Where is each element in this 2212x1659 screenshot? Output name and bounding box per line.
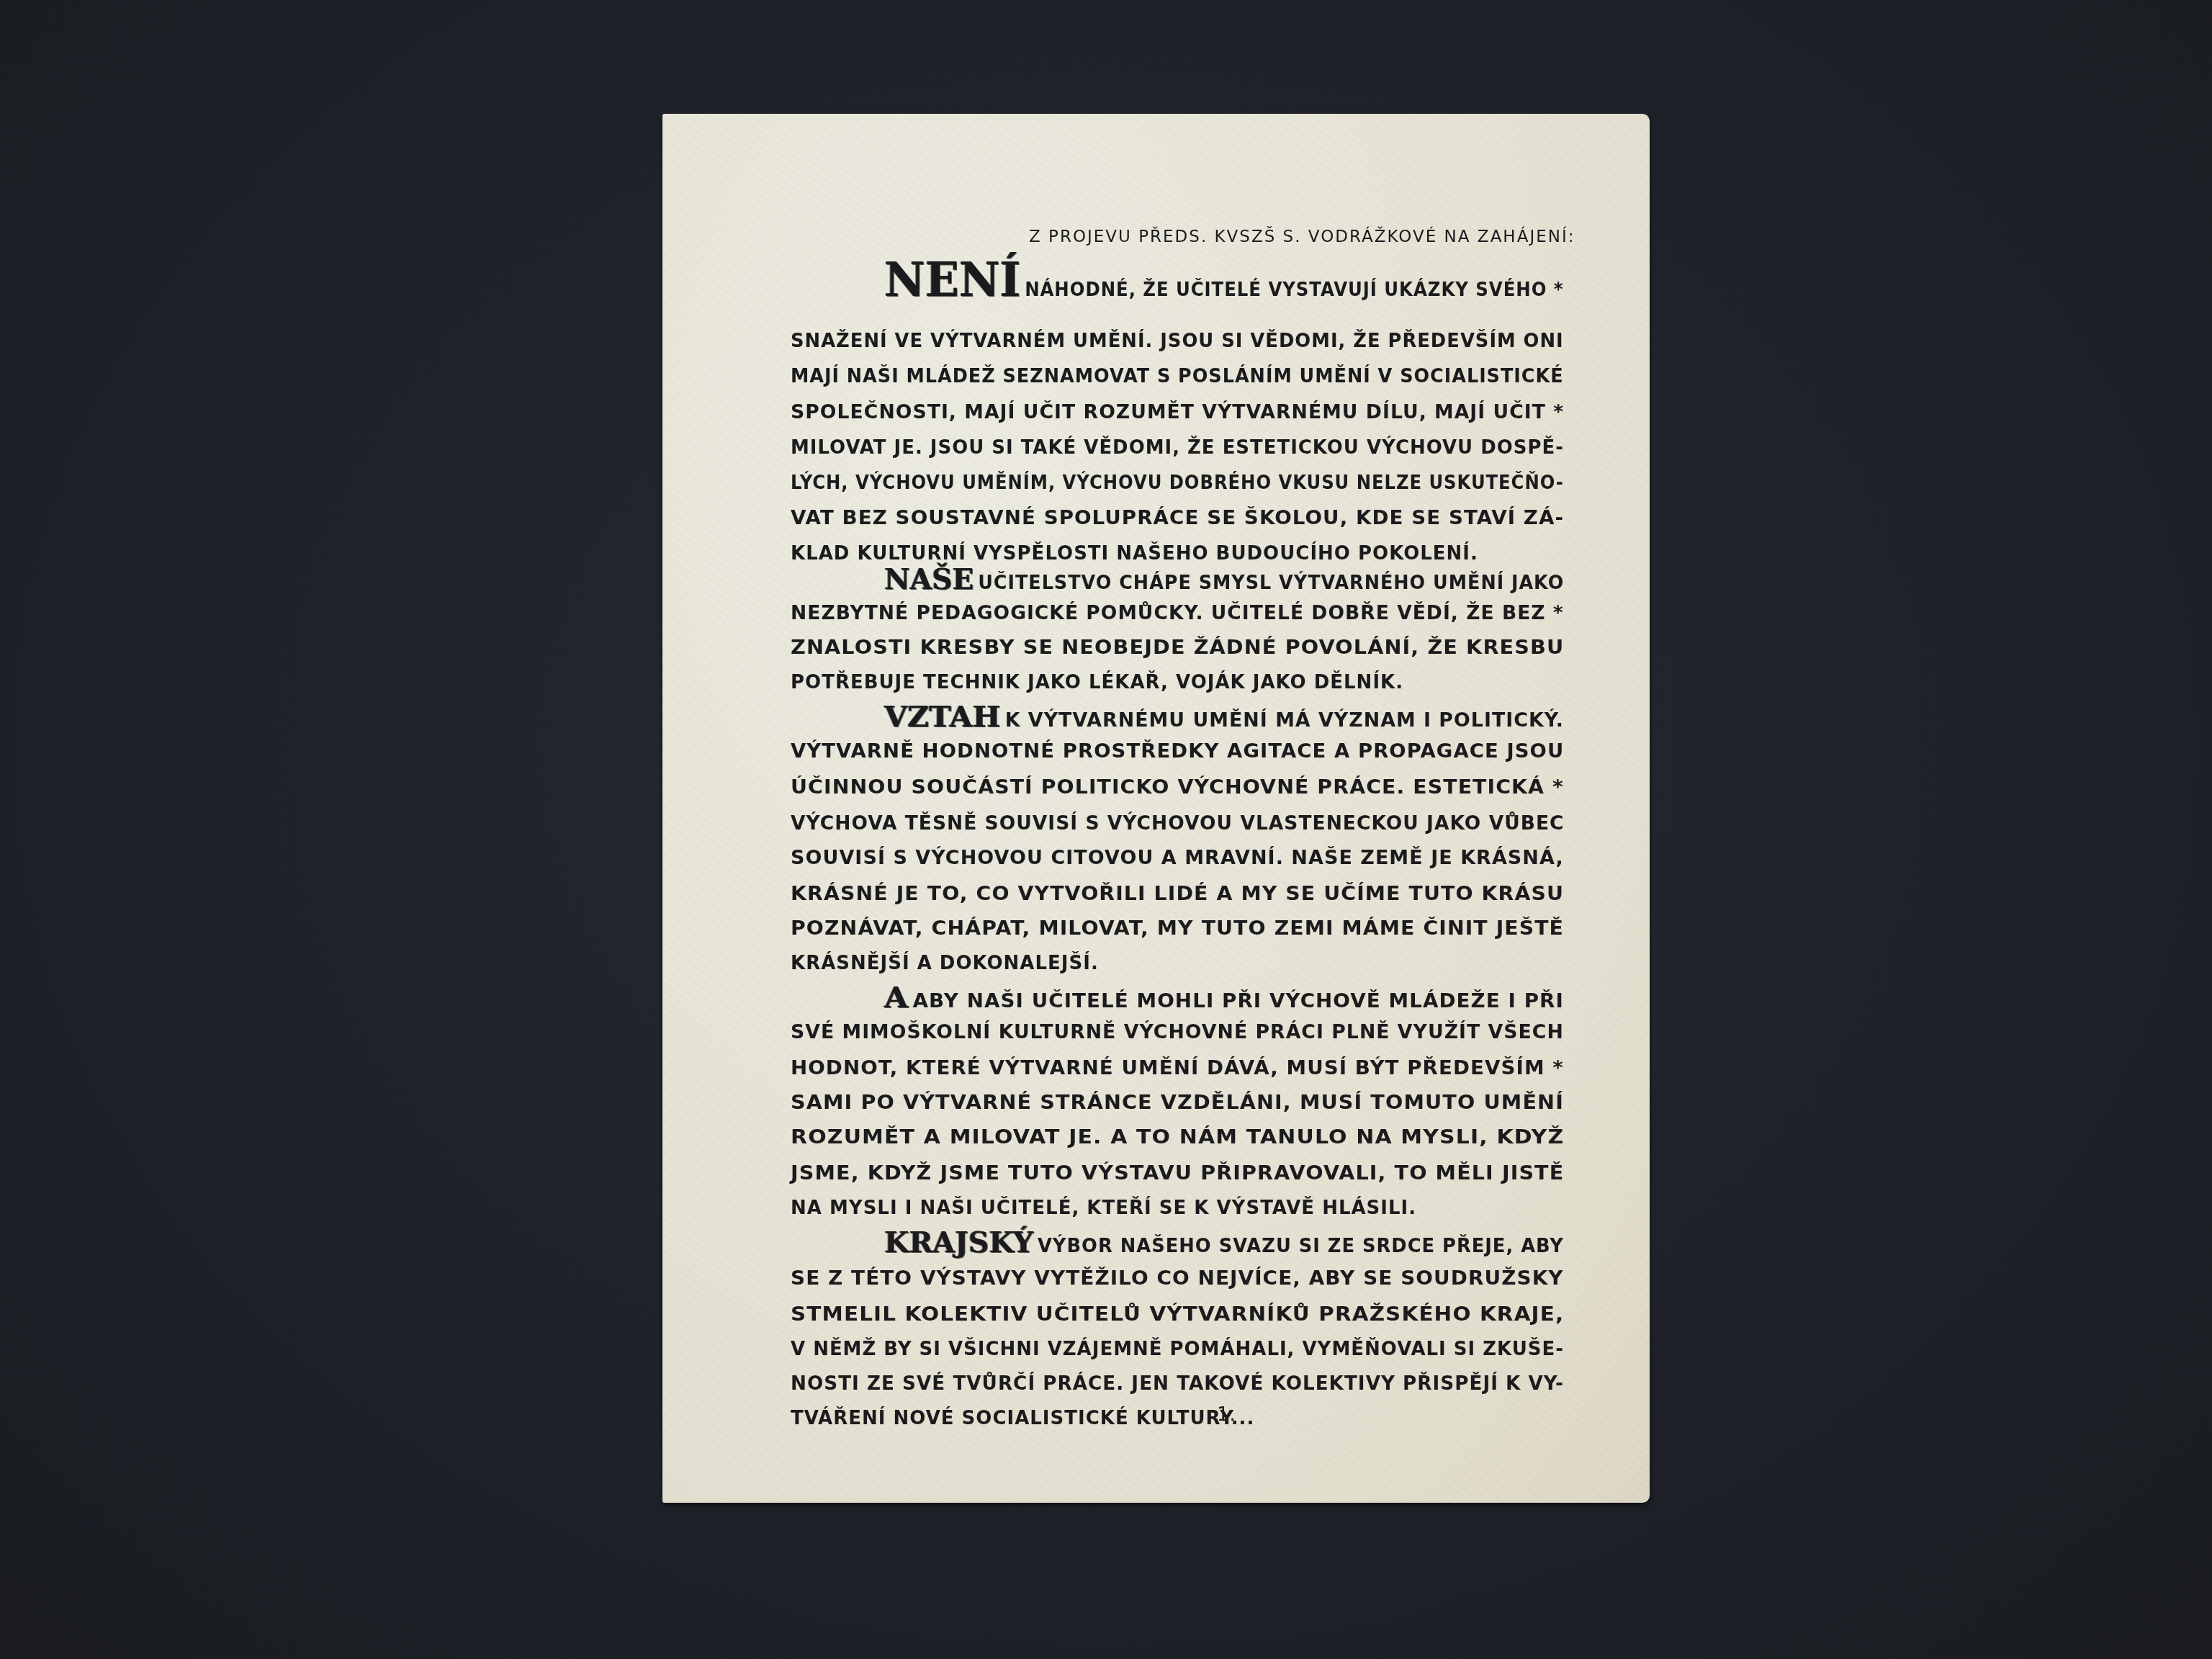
line-text: společnosti, mají učit rozumět výtvarném… [791, 402, 1564, 423]
decorative-initial: Není [884, 251, 1021, 307]
decorative-initial: Vztah [884, 700, 1000, 734]
line-text: výbor našeho svazu si ze srdce přeje, ab… [1038, 1236, 1564, 1257]
text-line: lých, výchovu uměním, výchovu dobrého vk… [791, 470, 1564, 496]
paper-sheet [662, 114, 1650, 1503]
line-text: poznávat, chápat, milovat, my tuto zemi … [791, 918, 1564, 940]
paragraph-first-line: Vztahk výtvarnému umění má význam i poli… [884, 704, 1564, 730]
line-text: tváření nové socialistické kultury... [791, 1408, 1254, 1429]
decorative-initial: A [884, 981, 908, 1015]
line-text: krásné je to, co vytvořili lidé a my se … [791, 884, 1564, 905]
line-text: na mysli i naši učitelé, kteří se k výst… [791, 1197, 1416, 1219]
text-line: nezbytné pedagogické pomůcky. Učitelé do… [791, 601, 1564, 626]
text-line: poznávat, chápat, milovat, my tuto zemi … [791, 916, 1564, 942]
line-text: vat bez soustavné spolupráce se školou, … [791, 508, 1564, 529]
text-line: Výtvarně hodnotné prostředky agitace a p… [791, 739, 1564, 765]
line-text: náhodné, že učitelé vystavují ukázky své… [1025, 279, 1563, 301]
line-text: potřebuje technik jako lékař, voják jako… [791, 672, 1403, 693]
line-text: lých, výchovu uměním, výchovu dobrého vk… [791, 472, 1564, 494]
text-line: jsme, když jsme tuto výstavu připravoval… [791, 1161, 1564, 1187]
line-text: souvisí s výchovou citovou a mravní. Naš… [791, 848, 1564, 869]
line-text: sami po výtvarné stránce vzděláni, musí … [791, 1092, 1564, 1114]
line-text: v němž by si všichni vzájemně pomáhali, … [791, 1339, 1564, 1360]
text-line: své mimoškolní kulturně výchovné práci p… [791, 1020, 1564, 1046]
text-line: snažení ve výtvarném umění. Jsou si vědo… [791, 328, 1564, 354]
text-line: na mysli i naši učitelé, kteří se k výst… [791, 1195, 1416, 1221]
decorative-initial: Naše [884, 562, 974, 596]
line-text: rozumět a milovat je. A to nám tanulo na… [791, 1127, 1564, 1148]
text-line: výchova těsně souvisí s výchovou vlasten… [791, 811, 1565, 837]
text-line: se z této výstavy vytěžilo co nejvíce, a… [791, 1266, 1564, 1292]
line-text: milovat je. Jsou si také vědomi, že este… [791, 437, 1564, 459]
line-text: své mimoškolní kulturně výchovné práci p… [791, 1022, 1564, 1043]
text-line: společnosti, mají učit rozumět výtvarném… [791, 400, 1564, 426]
line-text: snažení ve výtvarném umění. Jsou si vědo… [791, 331, 1564, 352]
line-text: k výtvarnému umění má význam i politický… [1005, 710, 1564, 732]
line-text: stmelil kolektiv učitelů výtvarníků praž… [791, 1304, 1564, 1326]
line-text: učitelstvo chápe smysl výtvarného umění … [978, 572, 1564, 594]
line-text: klad kulturní vyspělosti našeho budoucíh… [791, 543, 1478, 565]
line-text: nezbytné pedagogické pomůcky. Učitelé do… [791, 603, 1564, 624]
line-text: nosti ze své tvůrčí práce. Jen takové ko… [791, 1373, 1564, 1395]
text-line: mají naši mládež seznamovat s posláním u… [791, 364, 1564, 390]
paragraph-first-line: Aaby naši učitelé mohli při výchově mlád… [884, 985, 1564, 1011]
text-line: sami po výtvarné stránce vzděláni, musí … [791, 1090, 1564, 1116]
document-heading: Z projevu předs. KVSZŠ s. Vodrážkové na … [1029, 228, 1575, 246]
line-text: účinnou součástí politicko výchovné prác… [791, 777, 1564, 799]
line-text: se z této výstavy vytěžilo co nejvíce, a… [791, 1268, 1564, 1290]
line-text: krásnější a dokonalejší. [791, 953, 1099, 974]
line-text: aby naši učitelé mohli při výchově mláde… [913, 991, 1564, 1012]
line-text: hodnot, které výtvarné umění dává, musí … [791, 1058, 1564, 1079]
paragraph-first-line: Krajskývýbor našeho svazu si ze srdce př… [884, 1230, 1564, 1256]
text-line: stmelil kolektiv učitelů výtvarníků praž… [791, 1302, 1564, 1328]
paragraph-first-line: Našeučitelstvo chápe smysl výtvarného um… [884, 567, 1564, 593]
text-line: účinnou součástí politicko výchovné prác… [791, 775, 1564, 801]
text-line: vat bez soustavné spolupráce se školou, … [791, 505, 1564, 531]
decorative-initial: Krajský [884, 1226, 1033, 1259]
text-line: v němž by si všichni vzájemně pomáhali, … [791, 1336, 1564, 1362]
paragraph-first-line: Nenínáhodné, že učitelé vystavují ukázky… [884, 266, 1564, 292]
text-line: krásnější a dokonalejší. [791, 950, 1099, 976]
text-line: znalosti kresby se neobejde žádné povolá… [791, 635, 1564, 661]
line-text: Výtvarně hodnotné prostředky agitace a p… [791, 741, 1564, 763]
line-text: výchova těsně souvisí s výchovou vlasten… [791, 813, 1565, 835]
line-text: mají naši mládež seznamovat s posláním u… [791, 366, 1564, 387]
text-line: krásné je to, co vytvořili lidé a my se … [791, 881, 1564, 907]
text-line: potřebuje technik jako lékař, voják jako… [791, 670, 1403, 696]
text-line: nosti ze své tvůrčí práce. Jen takové ko… [791, 1371, 1564, 1397]
text-line: hodnot, které výtvarné umění dává, musí … [791, 1056, 1564, 1082]
text-line: souvisí s výchovou citovou a mravní. Naš… [791, 845, 1564, 871]
line-text: znalosti kresby se neobejde žádné povolá… [791, 637, 1564, 659]
page-number: 1. [1217, 1404, 1236, 1426]
text-line: milovat je. Jsou si také vědomi, že este… [791, 435, 1564, 461]
text-line: rozumět a milovat je. A to nám tanulo na… [791, 1125, 1564, 1151]
line-text: jsme, když jsme tuto výstavu připravoval… [791, 1163, 1564, 1184]
text-line: tváření nové socialistické kultury... [791, 1406, 1254, 1431]
